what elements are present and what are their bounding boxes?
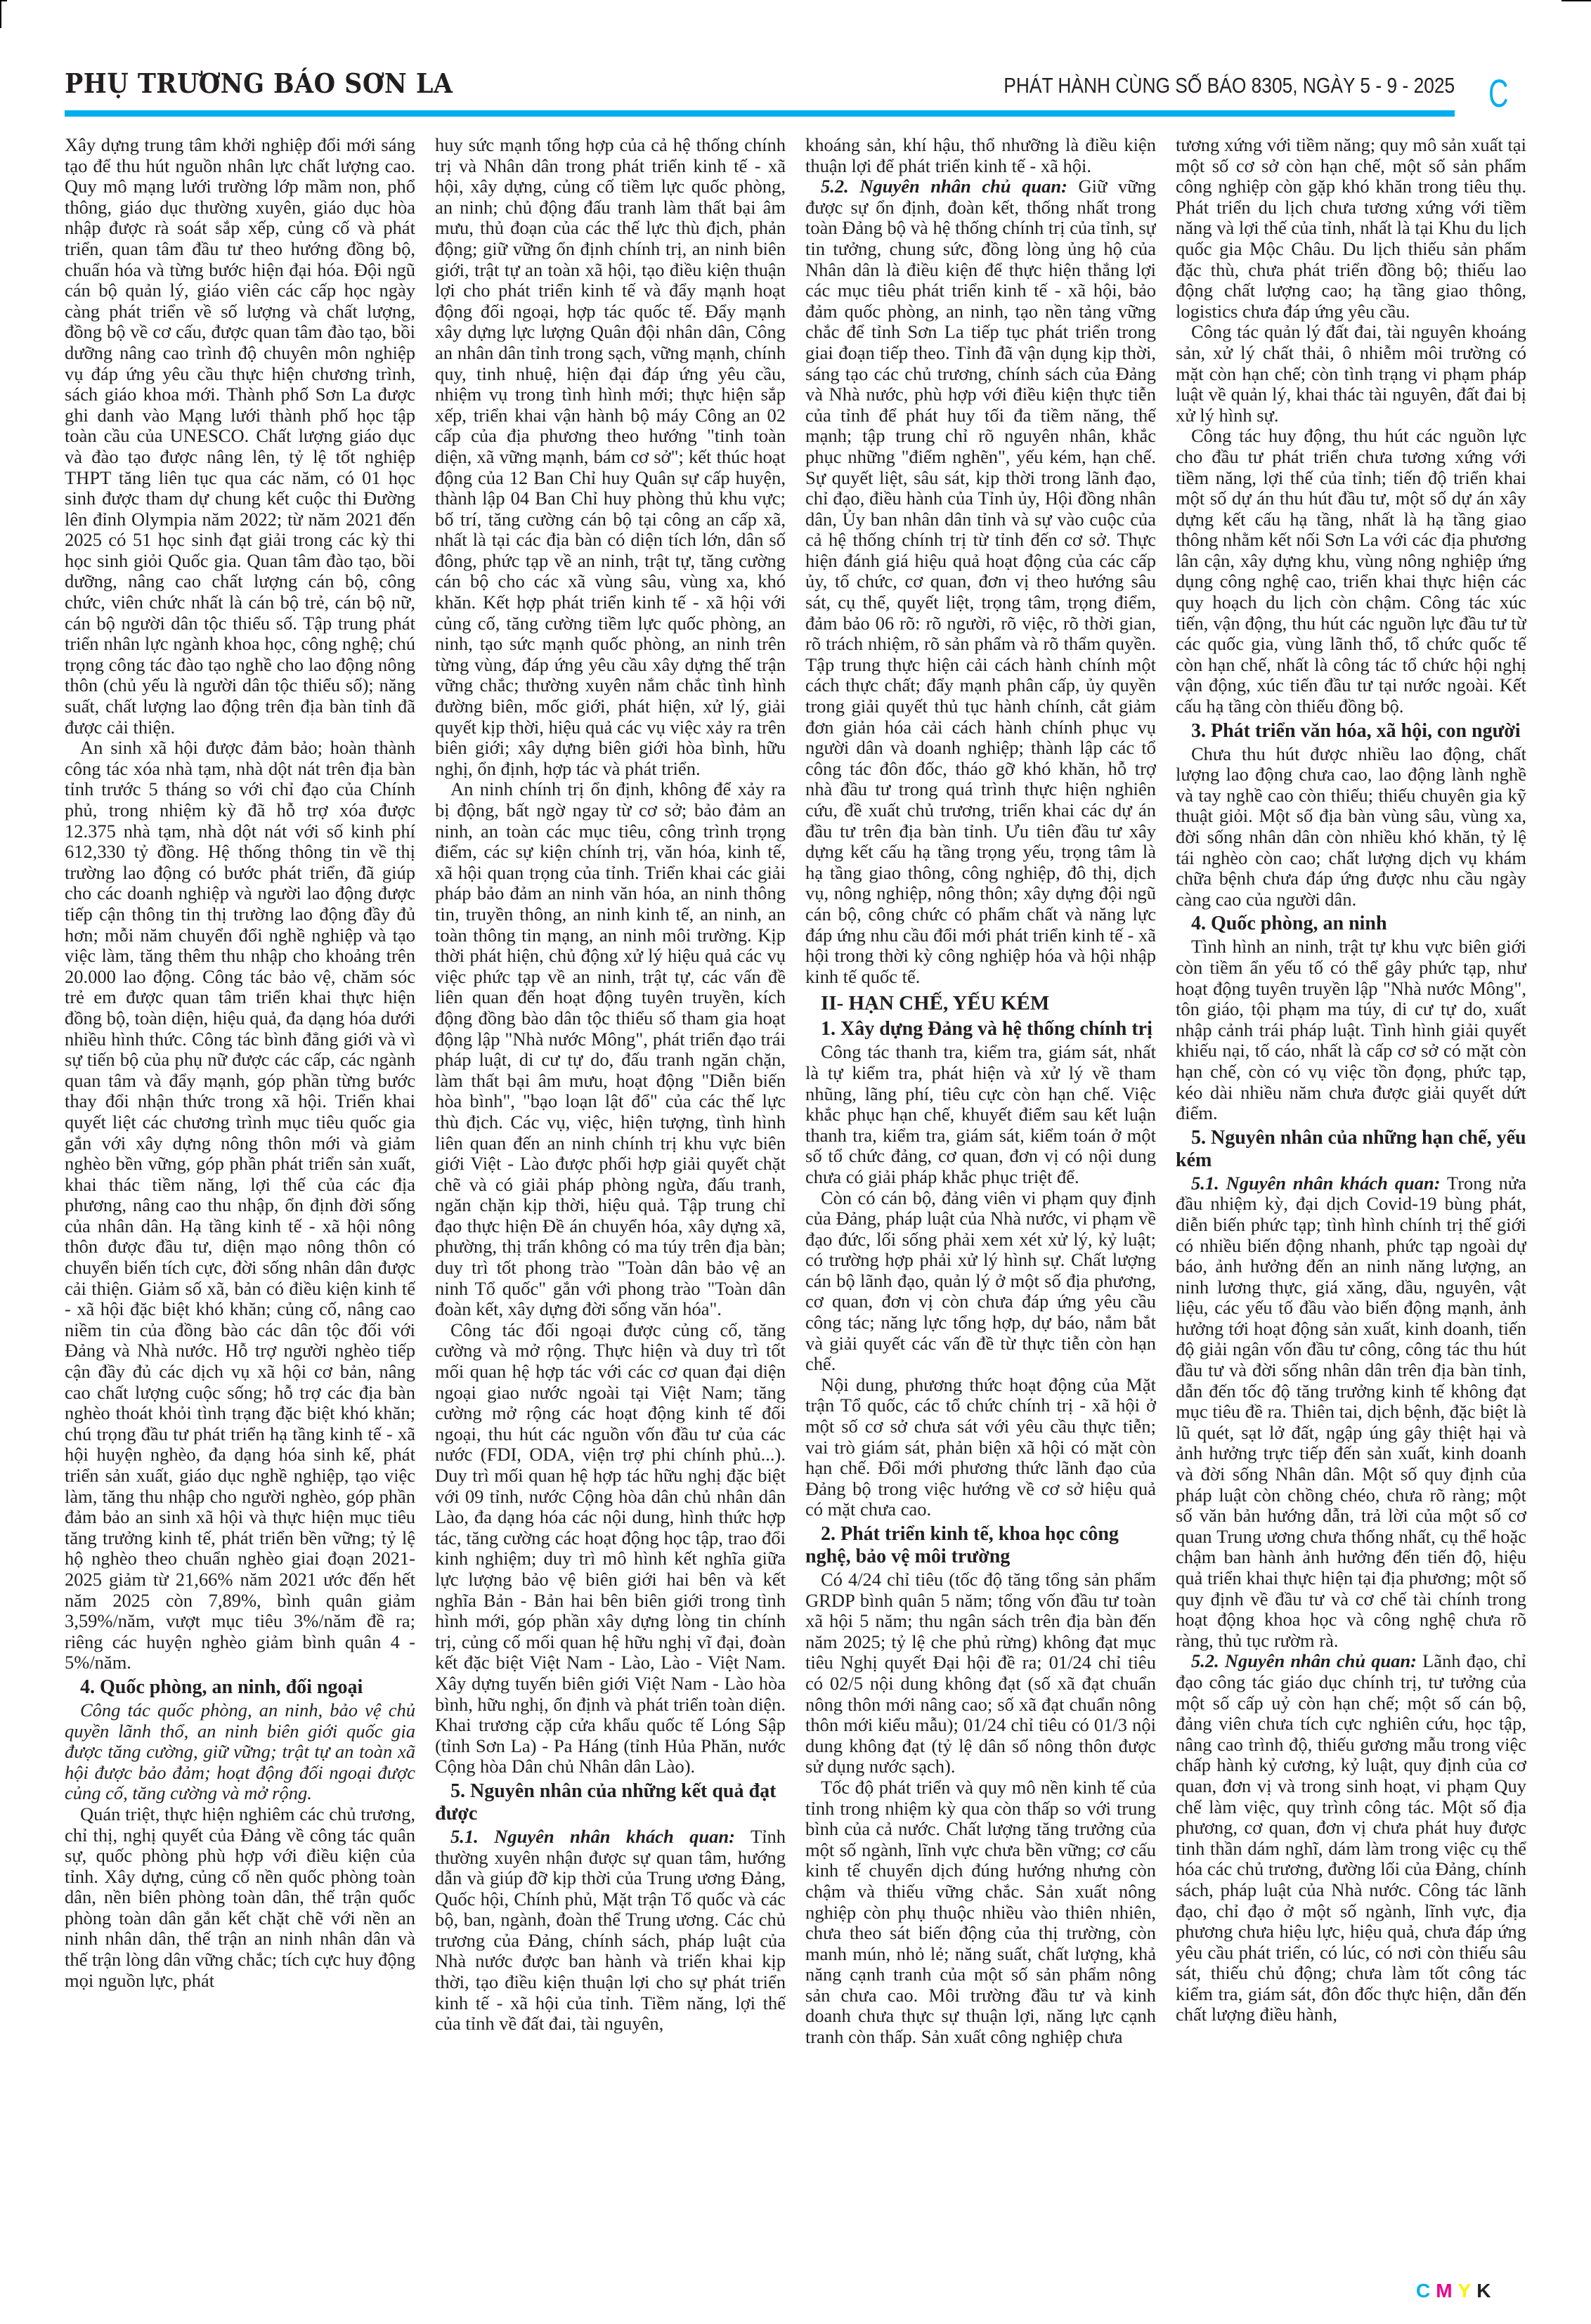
masthead-title: PHỤ TRƯƠNG BÁO SƠN LA: [65, 67, 453, 99]
column-4: tương xứng với tiềm năng; quy mô sản xuấ…: [1176, 135, 1526, 2243]
paragraph: Công tác quản lý đất đai, tài nguyên kho…: [1176, 322, 1526, 426]
section-heading: II- HẠN CHẾ, YẾU KÉM: [805, 991, 1156, 1015]
header-rule: [65, 110, 1455, 117]
paragraph: Tốc độ phát triển và quy mô nền kinh tế …: [805, 1777, 1156, 2048]
cmyk-k: K: [1476, 2280, 1496, 2302]
subsection-heading: 1. Xây dựng Đảng và hệ thống chính trị: [805, 1018, 1156, 1040]
paragraph-lead: 5.1. Nguyên nhân khách quan:: [1191, 1173, 1441, 1194]
paragraph: Quán triệt, thực hiện nghiêm các chủ trư…: [65, 1804, 415, 1991]
column-2: huy sức mạnh tổng hợp của cả hệ thống ch…: [435, 135, 786, 2243]
paragraph: Tình hình an ninh, trật tự khu vực biên …: [1176, 936, 1526, 1123]
paragraph: 5.1. Nguyên nhân khách quan: Tỉnh thường…: [435, 1827, 786, 2035]
paragraph: 5.2. Nguyên nhân chủ quan: Lãnh đạo, chỉ…: [1176, 1651, 1526, 2025]
paragraph: tương xứng với tiềm năng; quy mô sản xuấ…: [1176, 135, 1526, 322]
paragraph-lead: 5.1. Nguyên nhân khách quan:: [450, 1826, 735, 1847]
paragraph-text: Lãnh đạo, chỉ đạo công tác giáo dục chín…: [1176, 1650, 1526, 2025]
paragraph-text: Trong nửa đầu nhiệm kỳ, đại dịch Covid-1…: [1176, 1173, 1526, 1651]
cmyk-y: Y: [1458, 2280, 1477, 2302]
subsection-heading: 4. Quốc phòng, an ninh, đối ngoại: [65, 1676, 415, 1699]
paragraph: Nội dung, phương thức hoạt động của Mặt …: [805, 1375, 1156, 1520]
paragraph: Công tác thanh tra, kiểm tra, giám sát, …: [805, 1042, 1156, 1187]
paragraph: 5.2. Nguyên nhân chủ quan: Giữ vững được…: [805, 176, 1156, 987]
issue-line: PHÁT HÀNH CÙNG SỐ BÁO 8305, NGÀY 5 - 9 -…: [1004, 73, 1455, 98]
paragraph-lead: 5.2. Nguyên nhân chủ quan:: [821, 176, 1067, 197]
paragraph: Chưa thu hút được nhiều lao động, chất l…: [1176, 744, 1526, 910]
paragraph: Công tác quốc phòng, an ninh, bảo vệ chủ…: [65, 1700, 415, 1804]
column-1: Xây dựng trung tâm khởi nghiệp đổi mới s…: [65, 135, 415, 2243]
paragraph: An ninh chính trị ổn định, không để xảy …: [435, 779, 786, 1319]
cmyk-c: C: [1416, 2280, 1436, 2302]
paragraph-lead: 5.2. Nguyên nhân chủ quan:: [1191, 1650, 1417, 1671]
subsection-heading: 2. Phát triển kinh tế, khoa học công ngh…: [805, 1523, 1156, 1568]
paragraph: Có 4/24 chỉ tiêu (tốc độ tăng tổng sản p…: [805, 1569, 1156, 1777]
paragraph: An sinh xã hội được đảm bảo; hoàn thành …: [65, 738, 415, 1673]
paragraph: Công tác huy động, thu hút các nguồn lực…: [1176, 426, 1526, 717]
paragraph: Còn có cán bộ, đảng viên vi phạm quy địn…: [805, 1188, 1156, 1375]
cmyk-m: M: [1436, 2280, 1457, 2302]
paragraph: Công tác đối ngoại được củng cố, tăng cư…: [435, 1320, 786, 1777]
paragraph: khoáng sản, khí hậu, thổ nhưỡng là điều …: [805, 135, 1156, 176]
subsection-heading: 5. Nguyên nhân của những hạn chế, yếu ké…: [1176, 1127, 1526, 1172]
crop-mark-top-left-h: [0, 0, 7, 1]
paragraph: 5.1. Nguyên nhân khách quan: Trong nửa đ…: [1176, 1173, 1526, 1652]
plate-letter: C: [1488, 70, 1508, 116]
paragraph-text: Tỉnh thường xuyên nhận được sự quan tâm,…: [435, 1826, 786, 2034]
paragraph: Xây dựng trung tâm khởi nghiệp đổi mới s…: [65, 135, 415, 738]
crop-mark-top-right-h: [1561, 0, 1591, 1]
paragraph-text: Giữ vững được sự ổn định, đoàn kết, thốn…: [805, 176, 1156, 987]
cmyk-registration-marks: CMYK: [1416, 2280, 1496, 2302]
page-header: PHỤ TRƯƠNG BÁO SƠN LA PHÁT HÀNH CÙNG SỐ …: [65, 67, 1455, 110]
subsection-heading: 4. Quốc phòng, an ninh: [1176, 913, 1526, 935]
paragraph: huy sức mạnh tổng hợp của cả hệ thống ch…: [435, 135, 786, 779]
column-3: khoáng sản, khí hậu, thổ nhưỡng là điều …: [805, 135, 1156, 2243]
crop-mark-top-left-v: [0, 0, 1, 28]
article-body: Xây dựng trung tâm khởi nghiệp đổi mới s…: [65, 135, 1526, 2243]
subsection-heading: 5. Nguyên nhân của những kết quả đạt đượ…: [435, 1780, 786, 1825]
subsection-heading: 3. Phát triển văn hóa, xã hội, con người: [1176, 720, 1526, 743]
